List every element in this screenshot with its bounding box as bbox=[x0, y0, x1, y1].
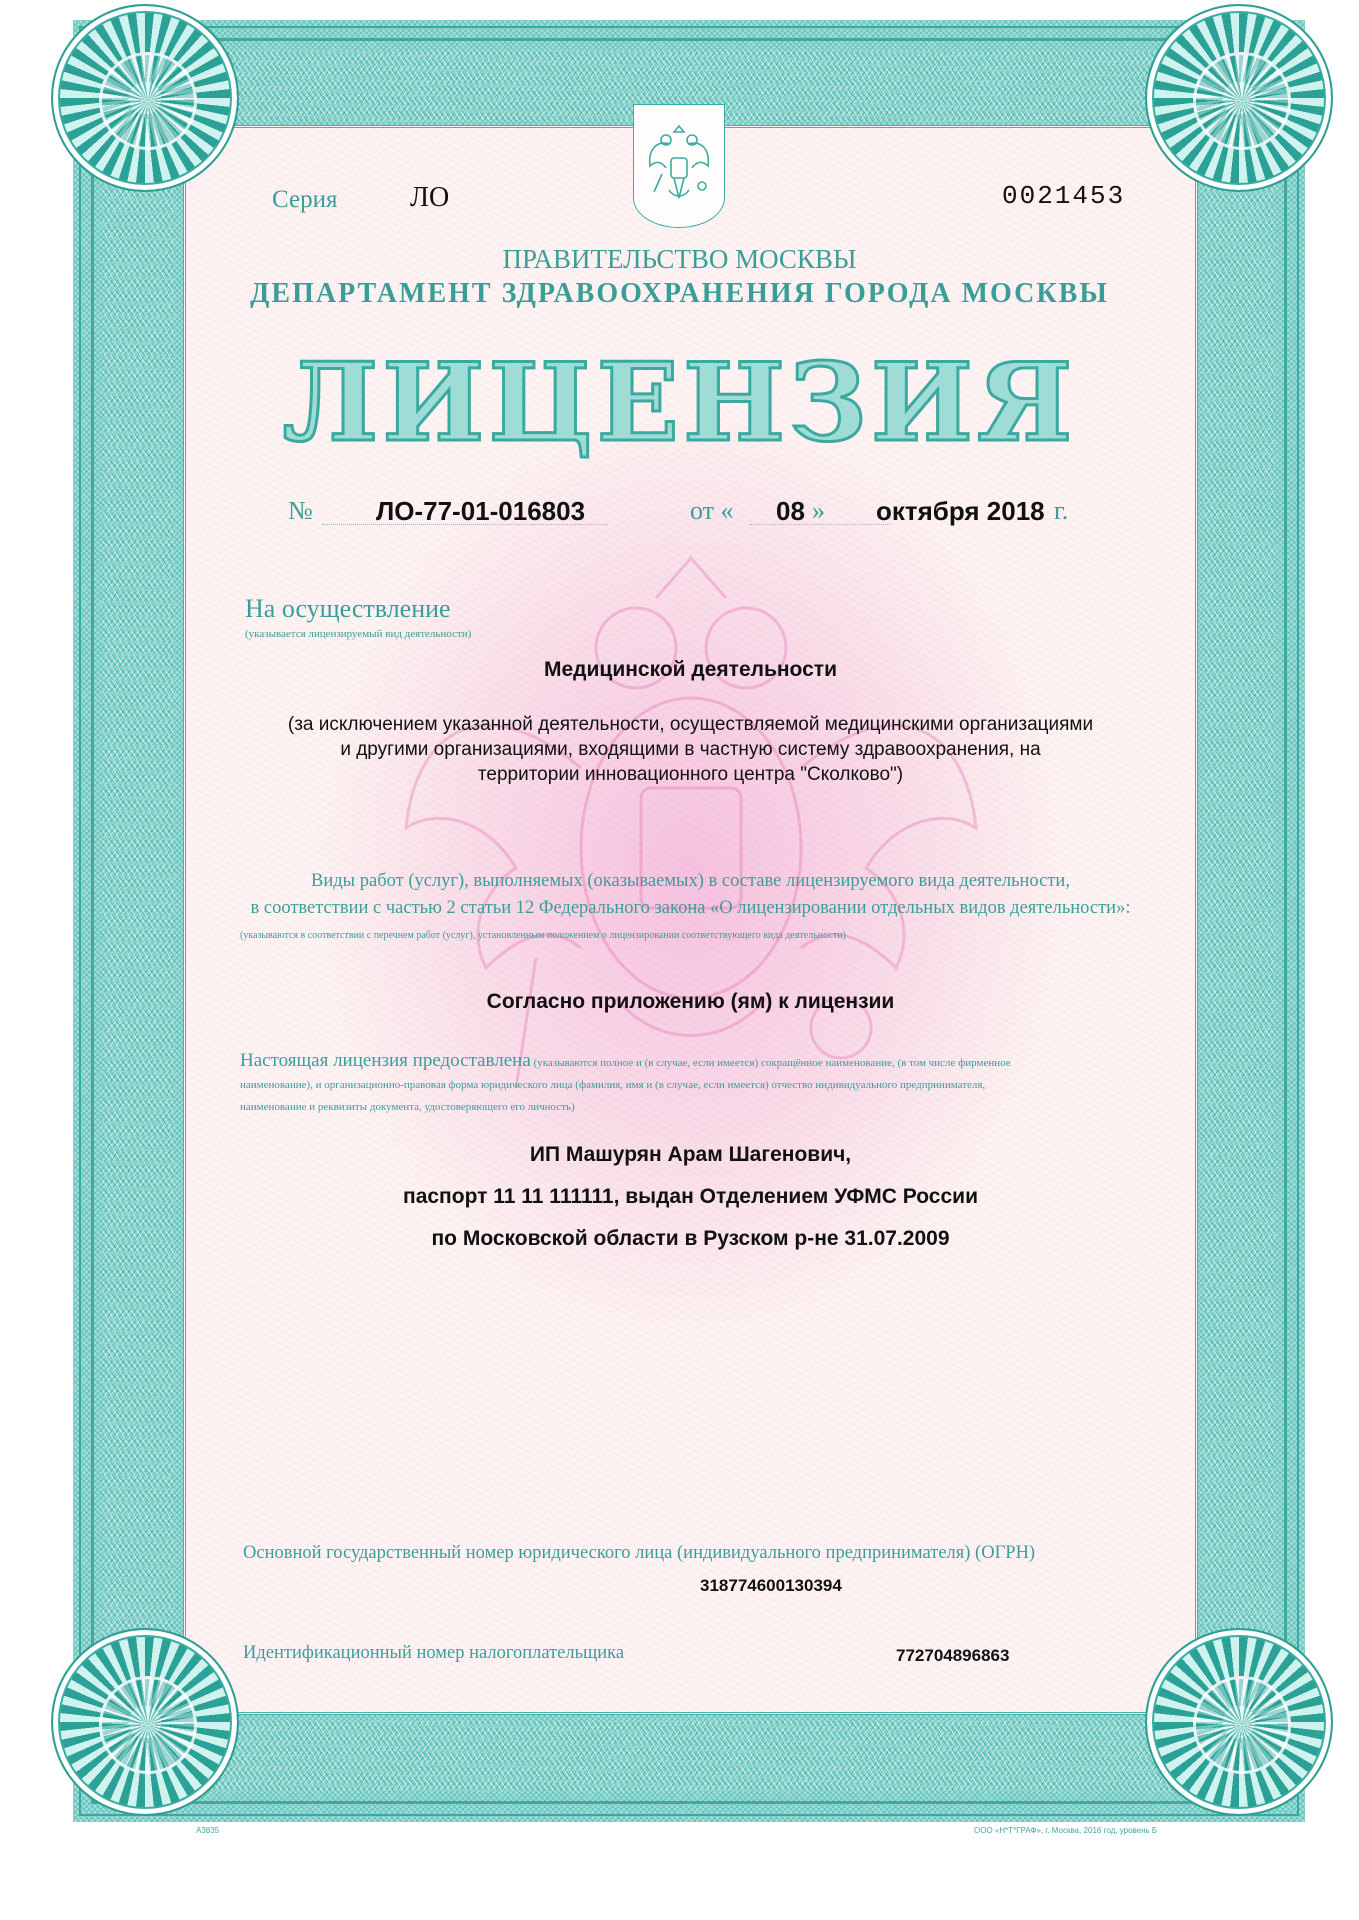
licensee-hint-line: наименование и реквизиты документа, удос… bbox=[240, 1096, 1160, 1118]
ogrn-label: Основной государственный номер юридическ… bbox=[243, 1543, 1035, 1564]
licensee-hint-block: Настоящая лицензия предоставлена (указыв… bbox=[240, 1050, 1160, 1118]
inn-label: Идентификационный номер налогоплательщик… bbox=[243, 1643, 624, 1664]
day-close-quote: » bbox=[812, 496, 825, 526]
double-headed-eagle-icon bbox=[644, 120, 714, 212]
printer-info: ООО «Н*Т*ГРАФ», г. Москва, 2016 год, уро… bbox=[974, 1826, 1157, 1835]
activity-exception-line: территории инновационного центра "Сколко… bbox=[183, 762, 1198, 787]
works-heading-line: в соответствии с частью 2 статьи 12 Феде… bbox=[183, 895, 1198, 922]
issuing-department: ДЕПАРТАМЕНТ ЗДРАВООХРАНЕНИЯ ГОРОДА МОСКВ… bbox=[0, 278, 1359, 310]
serial-number: 0021453 bbox=[1002, 181, 1125, 211]
corner-rosette-top-right-icon bbox=[1145, 4, 1333, 192]
year-suffix: г. bbox=[1054, 496, 1068, 526]
inn-value: 772704896863 bbox=[896, 1646, 1009, 1666]
licensee-hint-line: (указываются полное и (в случае, если им… bbox=[534, 1057, 1011, 1069]
issuing-government: ПРАВИТЕЛЬСТВО МОСКВЫ bbox=[0, 244, 1359, 275]
works-hint: (указываются в соответствии с перечнем р… bbox=[240, 930, 846, 941]
license-number: ЛО-77-01-016803 bbox=[376, 496, 585, 527]
licensee-passport-issuer: по Московской области в Рузском р-не 31.… bbox=[183, 1218, 1198, 1260]
number-sign-label: № bbox=[288, 496, 313, 526]
activity-exception-line: и другими организациями, входящими в час… bbox=[183, 737, 1198, 762]
activity-exception-line: (за исключением указанной деятельности, … bbox=[183, 712, 1198, 737]
activity-hint: (указывается лицензируемый вид деятельно… bbox=[245, 628, 471, 640]
licensee-hint-line: наименование), и организационно-правовая… bbox=[240, 1074, 1160, 1096]
works-value: Согласно приложению (ям) к лицензии bbox=[183, 990, 1198, 1014]
corner-rosette-bottom-right-icon bbox=[1145, 1628, 1333, 1816]
license-month-year: октября 2018 bbox=[876, 496, 1045, 527]
works-heading-line: Виды работ (услуг), выполняемых (оказыва… bbox=[183, 868, 1198, 895]
corner-rosette-bottom-left-icon bbox=[51, 1628, 239, 1816]
activity-name: Медицинской деятельности bbox=[183, 658, 1198, 682]
license-number-row: № ЛО-77-01-016803 от « 08 » октября 2018… bbox=[288, 496, 1088, 530]
licensee-passport: паспорт 11 11 111111, выдан Отделением У… bbox=[183, 1176, 1198, 1218]
coat-of-arms-icon bbox=[633, 104, 725, 228]
licensee-heading: Настоящая лицензия предоставлена bbox=[240, 1050, 531, 1071]
corner-rosette-top-left-icon bbox=[51, 4, 239, 192]
licensee-value: ИП Машурян Арам Шагенович, паспорт 11 11… bbox=[183, 1134, 1198, 1260]
date-from-label: от « bbox=[690, 496, 734, 526]
document-title: ЛИЦЕНЗИЯ bbox=[0, 340, 1359, 466]
border-band-left bbox=[103, 50, 175, 1792]
activity-heading: На осуществление bbox=[245, 594, 451, 624]
border-band-bottom bbox=[103, 1720, 1275, 1792]
license-day: 08 bbox=[776, 496, 805, 527]
works-heading: Виды работ (услуг), выполняемых (оказыва… bbox=[183, 868, 1198, 922]
series-label: Серия bbox=[272, 186, 337, 214]
series-value: ЛО bbox=[410, 182, 449, 214]
activity-exception: (за исключением указанной деятельности, … bbox=[183, 712, 1198, 787]
border-band-right bbox=[1203, 50, 1275, 1792]
ogrn-value: 318774600130394 bbox=[700, 1576, 842, 1596]
form-code: А3835 bbox=[196, 1826, 219, 1835]
licensee-name: ИП Машурян Арам Шагенович, bbox=[183, 1134, 1198, 1176]
